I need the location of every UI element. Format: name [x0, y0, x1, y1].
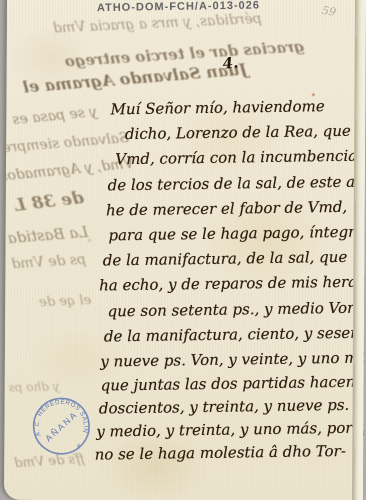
archive-stamp: A. C. HEREDEROS SALINAS AÑANA & — [15, 380, 107, 472]
stamp-center-text: AÑANA — [43, 409, 79, 444]
page-fold-edge — [352, 0, 366, 500]
letter-line: no se le haga molestia â dho Tor- — [95, 440, 366, 467]
letter-line: de los tercios de la sal, de este año, — [107, 169, 362, 198]
bleedthrough-fragment: pérdidas, y mrs a gracia Vmd — [53, 11, 263, 37]
letter-line: Vmd, corría con la incumbencia, — [115, 144, 362, 173]
ink-mark: 4. — [222, 53, 239, 72]
manuscript-page: pérdidas, y mrs a gracia Vmd gracias dar… — [4, 0, 366, 500]
letter-line: que son setenta ps., y medio Von, y — [107, 295, 364, 324]
letter-line: de la manifactura, de la sal, que — [103, 245, 364, 274]
letter-line: Muí Señor mío, haviendome — [110, 94, 361, 123]
letter-line: para que se le haga pago, íntegro, — [108, 220, 363, 249]
letter-line: dicho, Lorenzo de la Rea, que — [125, 119, 362, 148]
page-number-pencil: 59 — [321, 4, 337, 19]
letter-line: y nueve ps. Von, y veinte, y uno más, — [100, 346, 365, 375]
letter-line: ha echo, y de reparos de mis heras, — [99, 270, 364, 299]
bleedthrough-fragment: Juan Salvando Agrama el — [22, 60, 248, 97]
scanned-manuscript-view: pérdidas, y mrs a gracia Vmd gracias dar… — [0, 0, 366, 500]
archive-code-annotation: ATHO-DOM-FCH/A-013-026 — [97, 0, 260, 14]
bleedthrough-fragment: gracias dar el tercio entrego — [64, 37, 305, 70]
letter-line: de la manifactura, ciento, y sesenta, — [104, 320, 365, 349]
letter-line: he de merecer el fabor de Vmd, — [106, 194, 363, 223]
